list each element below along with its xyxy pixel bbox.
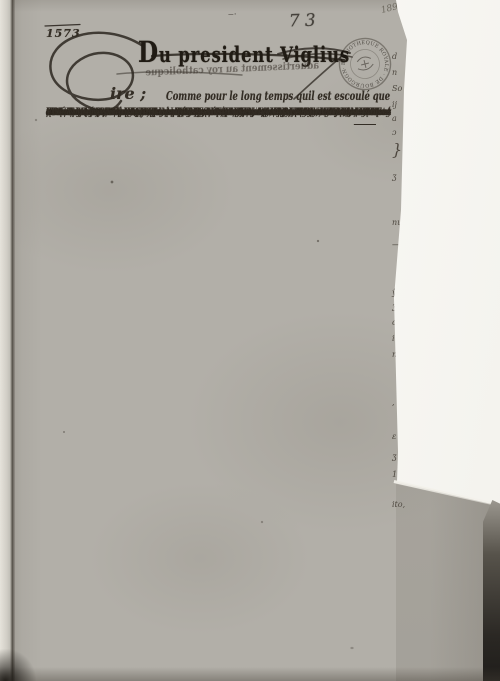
edge-fragment: d — [392, 52, 397, 61]
edge-fragment: So — [392, 84, 402, 93]
salutation: ire ; — [110, 84, 146, 103]
edge-fragment: ij — [392, 100, 397, 109]
binding-crease — [10, 0, 15, 681]
stamp-center-device — [356, 55, 375, 71]
manuscript-scan: 1573 ‒· 73 189 Du president Viglius adue… — [0, 0, 500, 681]
edge-fragment: , — [392, 398, 395, 407]
edge-fragment: ɛ — [392, 432, 396, 441]
edge-fragment: ʒ — [392, 452, 397, 461]
edge-fragment: ɔ — [392, 128, 396, 137]
top-mark: ‒· — [228, 10, 237, 20]
corner-shadow — [0, 649, 36, 681]
opening-line: Comme pour le long temps quil est escoul… — [166, 88, 390, 103]
book-edge-shadow — [483, 500, 500, 681]
edge-fragment: n — [392, 68, 397, 77]
edge-fragment: i — [392, 334, 395, 343]
signature-line: De V.M. treshumble et tresobeissant serv… — [52, 103, 352, 123]
year-label: 1573 — [46, 27, 81, 40]
edge-fragment: ʒ — [392, 172, 397, 181]
edge-fragment: 1 — [392, 470, 397, 479]
edge-fragment: } — [392, 140, 402, 159]
bottom-edge-shadow — [0, 667, 500, 681]
edge-fragment: a — [392, 114, 397, 123]
date-year: 1573 — [354, 103, 377, 125]
folio-number: 73 — [289, 10, 321, 31]
